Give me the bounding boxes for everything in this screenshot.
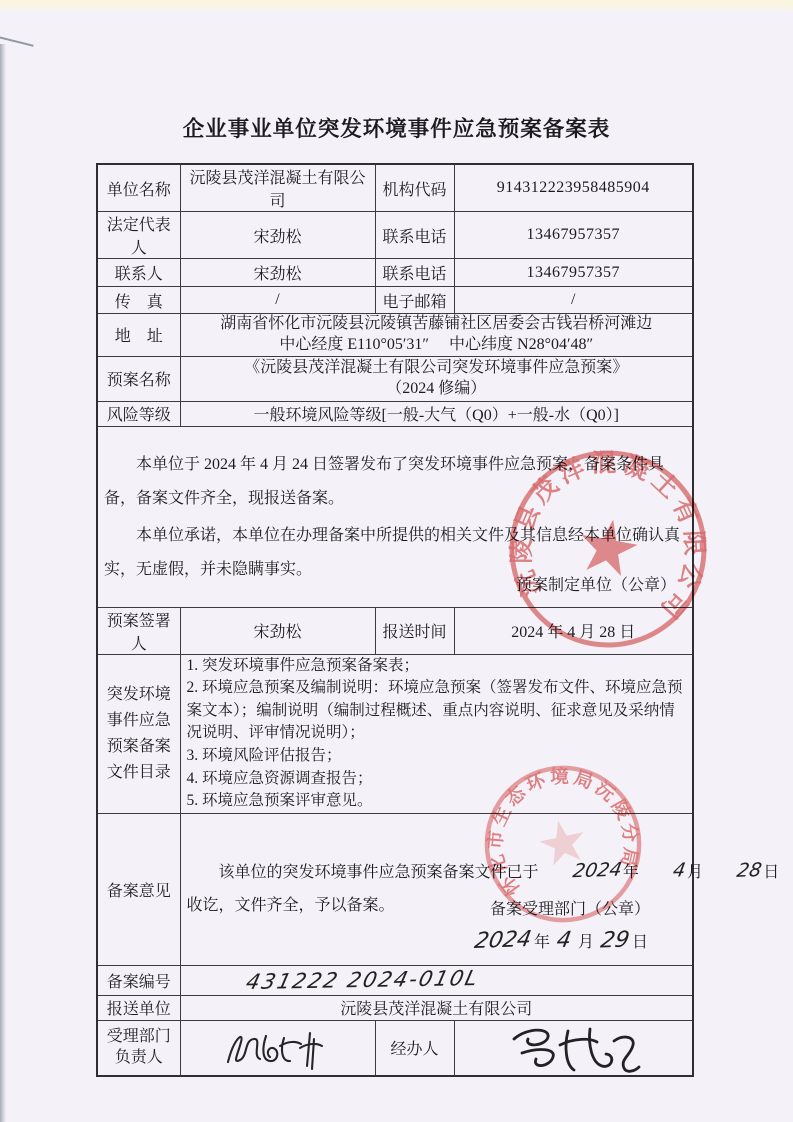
opinion-text: 年 xyxy=(623,864,639,881)
dept-head-label: 受理部门 负责人 xyxy=(97,1020,180,1076)
scan-edge-left xyxy=(0,44,6,1122)
catalog-list: 1. 突发环境事件应急预案备案表； 2. 环境应急预案及编制说明：环境应急预案（… xyxy=(180,654,693,813)
date-text: 日 xyxy=(632,934,648,951)
plan-name-line2: （2024 修编） xyxy=(187,379,687,400)
dept-head-signature xyxy=(218,1026,338,1072)
contact-label: 联系人 xyxy=(97,259,180,287)
opinion-line-1: 该单位的突发环境事件应急预案备案文件已于2024年4月28日 xyxy=(187,856,687,890)
risk-level-label: 风险等级 xyxy=(97,401,180,426)
phone2-label: 联系电话 xyxy=(375,259,454,287)
fax-label: 传 真 xyxy=(97,287,180,314)
address-line1: 湖南省怀化市沅陵县沅陵镇苦藤铺社区居委会古钱岩桥河滩边 xyxy=(187,314,687,335)
table-row: 受理部门 负责人 经办人 xyxy=(97,1020,693,1076)
opinion-text: 月 xyxy=(687,864,703,881)
address-label: 地 址 xyxy=(97,314,180,357)
record-no-cell: 431222 2024-010L xyxy=(180,965,693,995)
risk-level-value: 一般环境风险等级[一般-大气（Q0）+一般-水（Q0）] xyxy=(180,401,693,426)
table-row: 备案意见 该单位的突发环境事件应急预案备案文件已于2024年4月28日 收讫，文… xyxy=(97,813,693,965)
submit-unit-value: 沅陵县茂洋混凝土有限公司 xyxy=(180,995,693,1020)
handwritten-day: 28 xyxy=(703,861,763,882)
handler-label: 经办人 xyxy=(375,1020,454,1076)
org-code-value: 914312223958485904 xyxy=(454,164,693,212)
table-row: 传 真 / 电子邮箱 / xyxy=(97,287,693,314)
catalog-item: 2. 环境应急预案及编制说明：环境应急预案（签署发布文件、环境应急预案文本）；编… xyxy=(187,677,687,745)
submit-unit-label: 报送单位 xyxy=(97,995,180,1020)
address-value: 湖南省怀化市沅陵县沅陵镇苦藤铺社区居委会古钱岩桥河滩边 中心经度 E110°05… xyxy=(180,314,693,357)
submit-time-label: 报送时间 xyxy=(375,607,454,654)
table-row: 预案签署人 宋劲松 报送时间 2024 年 4 月 28 日 xyxy=(97,607,693,654)
filing-form-table: 单位名称 沅陵县茂洋混凝土有限公司 机构代码 91431222395848590… xyxy=(96,163,694,1077)
legal-rep-value: 宋劲松 xyxy=(180,212,375,259)
handler-signature-cell xyxy=(454,1020,693,1076)
plan-seal-caption: 预案制定单位（公章） xyxy=(516,572,676,595)
dept-head-label-line: 受理部门 xyxy=(104,1027,174,1048)
scan-edge-top xyxy=(0,0,793,10)
catalog-item: 5. 环境应急预案评审意见。 xyxy=(187,790,687,813)
catalog-label-line: 突发环境 xyxy=(104,682,174,708)
plan-signer-label: 预案签署人 xyxy=(97,607,180,654)
handwritten-year: 2024 xyxy=(473,927,534,954)
handwritten-month: 4 xyxy=(639,861,687,882)
catalog-label: 突发环境 事件应急 预案备案 文件目录 xyxy=(97,654,180,813)
table-row: 地 址 湖南省怀化市沅陵县沅陵镇苦藤铺社区居委会古钱岩桥河滩边 中心经度 E11… xyxy=(97,314,693,357)
declaration-para-1: 本单位于 2024 年 4 月 24 日签署发布了突发环境事件应急预案，备案条件… xyxy=(104,448,686,517)
plan-name-label: 预案名称 xyxy=(97,356,180,401)
email-value: / xyxy=(454,287,693,314)
catalog-label-line: 预案备案 xyxy=(104,734,174,760)
table-row: 突发环境 事件应急 预案备案 文件目录 1. 突发环境事件应急预案备案表； 2.… xyxy=(97,654,693,813)
dept-head-label-line: 负责人 xyxy=(104,1048,174,1069)
catalog-item: 3. 环境风险评估报告； xyxy=(187,745,687,768)
record-no-label: 备案编号 xyxy=(97,965,180,995)
opinion-cell: 该单位的突发环境事件应急预案备案文件已于2024年4月28日 收讫，文件齐全，予… xyxy=(180,813,693,965)
contact-value: 宋劲松 xyxy=(180,259,375,287)
handwritten-year: 2024 xyxy=(539,860,623,882)
dept-head-signature-cell xyxy=(180,1020,375,1076)
catalog-label-line: 事件应急 xyxy=(104,708,174,734)
handwritten-day: 29 xyxy=(599,927,632,953)
plan-name-value: 《沅陵县茂洋混凝土有限公司突发环境事件应急预案》 （2024 修编） xyxy=(180,356,693,401)
address-line2: 中心经度 E110°05′31″ 中心纬度 N28°04′48″ xyxy=(187,335,687,356)
catalog-item: 1. 突发环境事件应急预案备案表； xyxy=(187,655,687,678)
phone1-label: 联系电话 xyxy=(375,212,454,259)
plan-signer-name: 宋劲松 xyxy=(180,607,375,654)
date-text: 月 xyxy=(578,934,594,951)
plan-name-line1: 《沅陵县茂洋混凝土有限公司突发环境事件应急预案》 xyxy=(187,358,687,379)
phone2-value: 13467957357 xyxy=(454,259,693,287)
table-row: 联系人 宋劲松 联系电话 13467957357 xyxy=(97,259,693,287)
authority-seal-caption: 备案受理部门（公章） xyxy=(490,896,650,919)
handler-signature xyxy=(498,1023,648,1075)
submit-time-value: 2024 年 4 月 28 日 xyxy=(454,607,693,654)
acceptance-date: 2024年 4 月 29日 xyxy=(472,928,648,953)
opinion-text: 该单位的突发环境事件应急预案备案文件已于 xyxy=(219,864,539,881)
date-text: 年 xyxy=(534,934,550,951)
table-row: 风险等级 一般环境风险等级[一般-大气（Q0）+一般-水（Q0）] xyxy=(97,401,693,426)
org-code-label: 机构代码 xyxy=(375,164,454,212)
table-row: 报送单位 沅陵县茂洋混凝土有限公司 xyxy=(97,995,693,1020)
table-row: 备案编号 431222 2024-010L xyxy=(97,965,693,995)
table-row: 本单位于 2024 年 4 月 24 日签署发布了突发环境事件应急预案，备案条件… xyxy=(97,426,693,607)
fax-value: / xyxy=(180,287,375,314)
table-row: 法定代表人 宋劲松 联系电话 13467957357 xyxy=(97,212,693,259)
unit-name-value: 沅陵县茂洋混凝土有限公司 xyxy=(180,164,375,212)
legal-rep-label: 法定代表人 xyxy=(97,212,180,259)
declaration-cell: 本单位于 2024 年 4 月 24 日签署发布了突发环境事件应急预案，备案条件… xyxy=(97,426,693,607)
handwritten-month: 4 xyxy=(555,928,574,953)
catalog-item: 4. 环境应急资源调查报告； xyxy=(187,768,687,791)
email-label: 电子邮箱 xyxy=(375,287,454,314)
record-no-handwriting: 431222 2024-010L xyxy=(243,966,481,994)
page-title: 企业事业单位突发环境事件应急预案备案表 xyxy=(0,112,793,143)
opinion-label: 备案意见 xyxy=(97,813,180,965)
phone1-value: 13467957357 xyxy=(454,212,693,259)
table-row: 单位名称 沅陵县茂洋混凝土有限公司 机构代码 91431222395848590… xyxy=(97,164,693,212)
unit-name-label: 单位名称 xyxy=(97,164,180,212)
catalog-label-line: 文件目录 xyxy=(104,760,174,786)
table-row: 预案名称 《沅陵县茂洋混凝土有限公司突发环境事件应急预案》 （2024 修编） xyxy=(97,356,693,401)
opinion-text: 日 xyxy=(763,864,779,881)
